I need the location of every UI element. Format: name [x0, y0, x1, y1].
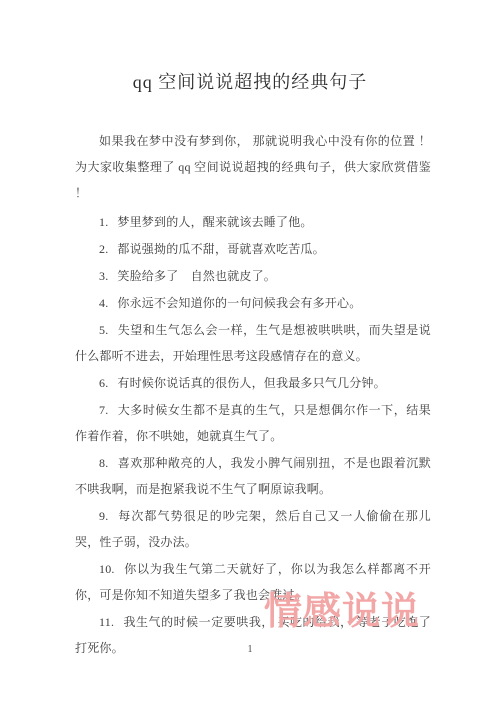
list-item: 7.大多时候女生都不是真的生气，只是想偶尔作一下，结果作着作着，你不哄她，她就真… — [75, 397, 431, 449]
item-text: 你永远不会知道你的一句问候我会有多开心。 — [117, 296, 361, 310]
document-page: qq 空间说说超拽的经典句子 如果我在梦中没有梦到你， 那就说明我心中没有你的位… — [0, 0, 500, 707]
list-item: 8.喜欢那种敞亮的人，我发小脾气闹别扭，不是也跟着沉默不哄我啊，而是抱紧我说不生… — [75, 450, 431, 502]
item-number: 10. — [99, 562, 115, 576]
item-text: 喜欢那种敞亮的人，我发小脾气闹别扭，不是也跟着沉默不哄我啊，而是抱紧我说不生气了… — [75, 456, 431, 496]
item-number: 4. — [99, 296, 108, 310]
item-number: 3. — [99, 269, 108, 283]
list-item: 9.每次都气势很足的吵完架，然后自己又一人偷偷在那儿哭，性子弱，没办法。 — [75, 503, 431, 555]
item-number: 7. — [99, 403, 108, 417]
item-number: 1. — [99, 215, 108, 229]
page-title: qq 空间说说超拽的经典句子 — [0, 0, 500, 96]
item-text: 失望和生气怎么会一样，生气是想被哄哄哄，而失望是说什么都听不进去，开始理性思考这… — [75, 323, 431, 363]
item-number: 8. — [99, 456, 108, 470]
item-number: 9. — [99, 509, 108, 523]
item-text: 每次都气势很足的吵完架，然后自己又一人偷偷在那儿哭，性子弱，没办法。 — [75, 509, 431, 549]
list-item: 2.都说强拗的瓜不甜，哥就喜欢吃苦瓜。 — [75, 236, 431, 262]
list-item: 3.笑脸给多了 自然也就皮了。 — [75, 263, 431, 289]
item-text: 你以为我生气第二天就好了，你以为我怎么样都离不开你，可是你知不知道失望多了我也会… — [75, 562, 431, 602]
item-number: 11. — [99, 615, 114, 629]
item-number: 6. — [99, 376, 108, 390]
list-item: 1.梦里梦到的人，醒来就该去睡了他。 — [75, 209, 431, 235]
item-text: 大多时候女生都不是真的生气，只是想偶尔作一下，结果作着作着，你不哄她，她就真生气… — [75, 403, 431, 443]
item-text: 都说强拗的瓜不甜，哥就喜欢吃苦瓜。 — [117, 242, 324, 256]
page-number: 1 — [0, 644, 500, 655]
list-item: 4.你永远不会知道你的一句问候我会有多开心。 — [75, 290, 431, 316]
intro-paragraph: 如果我在梦中没有梦到你， 那就说明我心中没有你的位置 ！为大家收集整理了 qq … — [75, 128, 431, 206]
item-text: 有时候你说话真的很伤人，但我最多只气几分钟。 — [117, 376, 385, 390]
list-item: 6.有时候你说话真的很伤人，但我最多只气几分钟。 — [75, 370, 431, 396]
document-content: 如果我在梦中没有梦到你， 那就说明我心中没有你的位置 ！为大家收集整理了 qq … — [75, 128, 431, 661]
item-text: 梦里梦到的人，醒来就该去睡了他。 — [117, 215, 312, 229]
item-text: 笑脸给多了 自然也就皮了。 — [117, 269, 276, 283]
list-item: 10.你以为我生气第二天就好了，你以为我怎么样都离不开你，可是你知不知道失望多了… — [75, 556, 431, 608]
list-item: 5.失望和生气怎么会一样，生气是想被哄哄哄，而失望是说什么都听不进去，开始理性思… — [75, 317, 431, 369]
item-number: 5. — [99, 323, 108, 337]
item-number: 2. — [99, 242, 108, 256]
